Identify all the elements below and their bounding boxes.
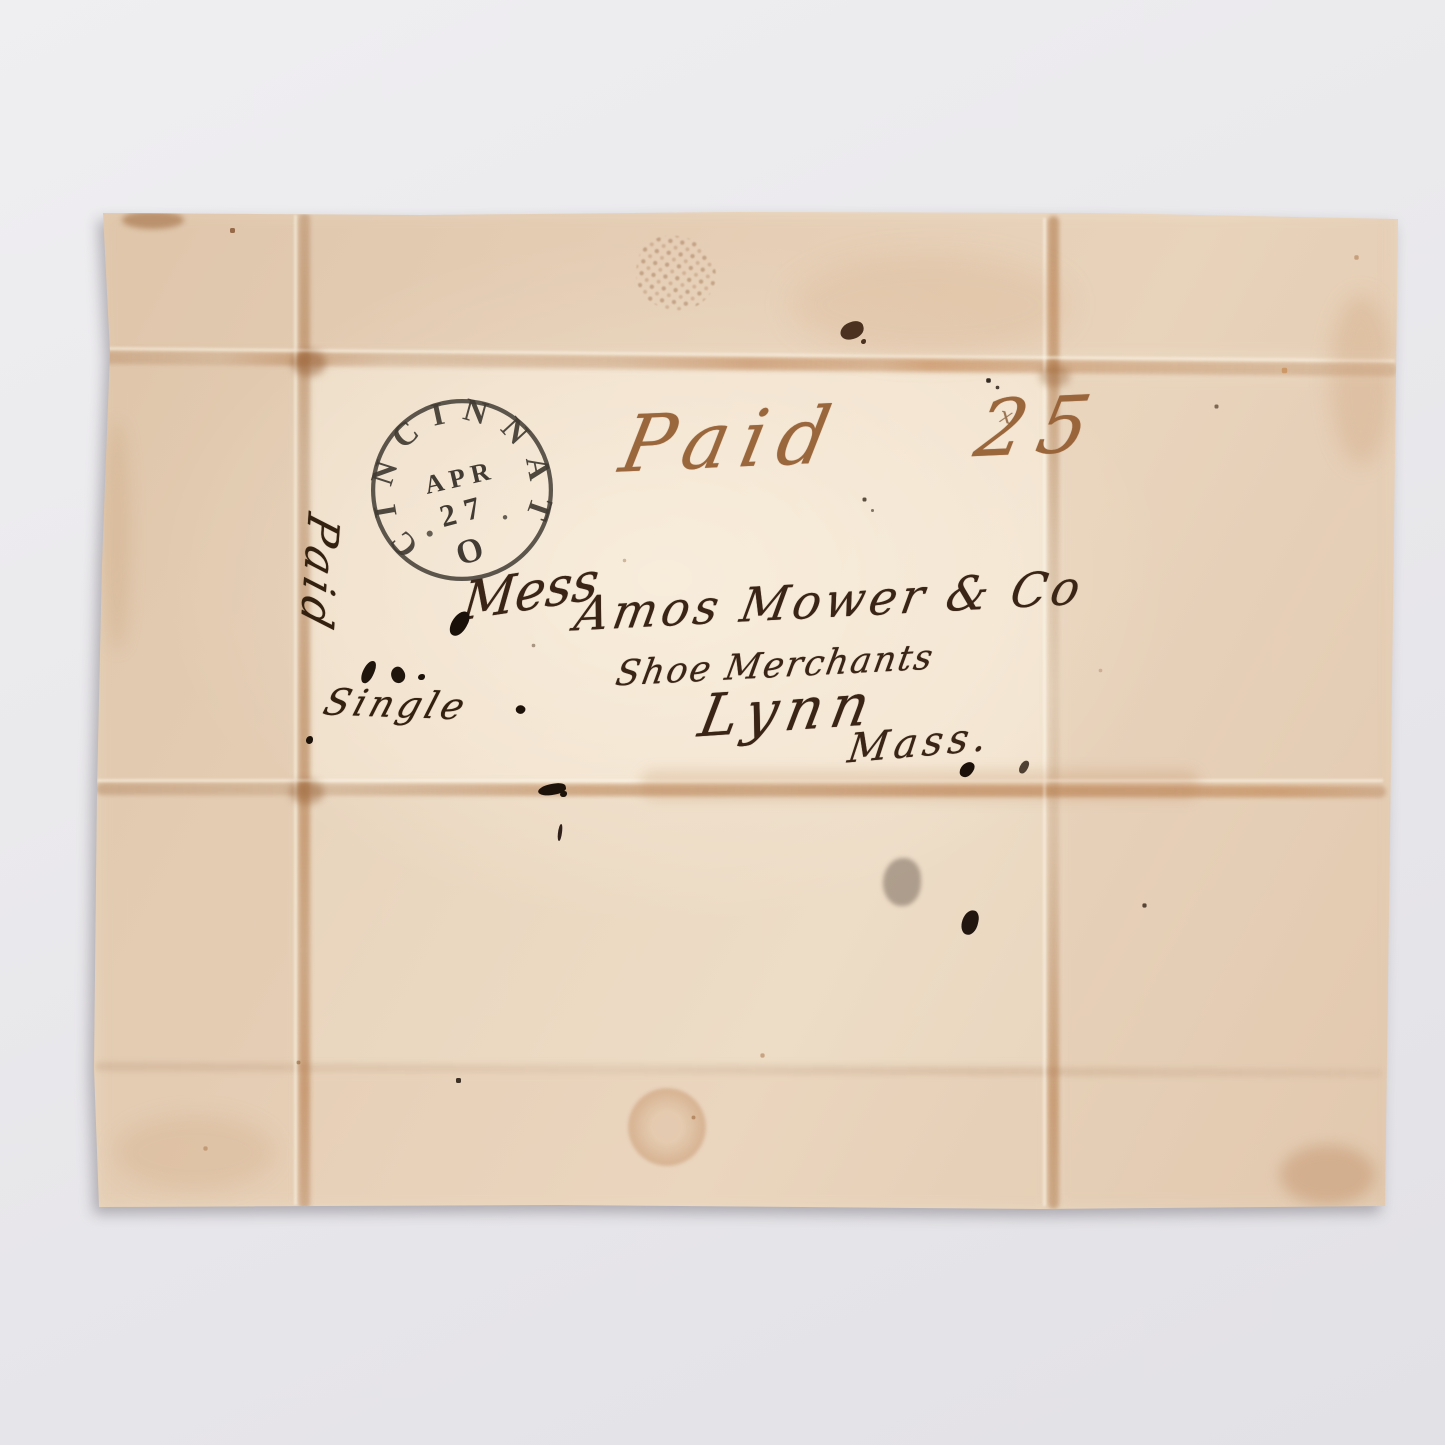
manuscript-paid-notation: Paid	[290, 508, 348, 639]
foxing-specks	[0, 0, 1, 1]
stain	[292, 350, 326, 376]
ink-smudge	[883, 858, 921, 906]
stain	[790, 255, 1070, 355]
stain	[115, 1115, 275, 1190]
stain	[290, 780, 324, 804]
round-stain	[628, 1088, 706, 1166]
manuscript-single-notation: Single	[319, 681, 474, 729]
stain	[104, 420, 130, 650]
photo-surface: CINCINNATI. APR 27 O Paid 25 Paid Single…	[0, 0, 1445, 1445]
stain	[1280, 1145, 1375, 1205]
ink-blot	[960, 909, 981, 937]
ink-blot	[560, 791, 567, 797]
stain	[640, 770, 1200, 800]
stain	[1330, 295, 1392, 465]
postmark-dot	[426, 530, 433, 537]
fold-panel-top	[104, 214, 1396, 356]
postmark-dot	[503, 515, 508, 520]
ink-blot	[557, 824, 563, 841]
postmark-state: O	[451, 529, 488, 573]
folded-letter-cover: CINCINNATI. APR 27 O Paid 25 Paid Single…	[0, 0, 1445, 1445]
stain	[122, 211, 184, 229]
